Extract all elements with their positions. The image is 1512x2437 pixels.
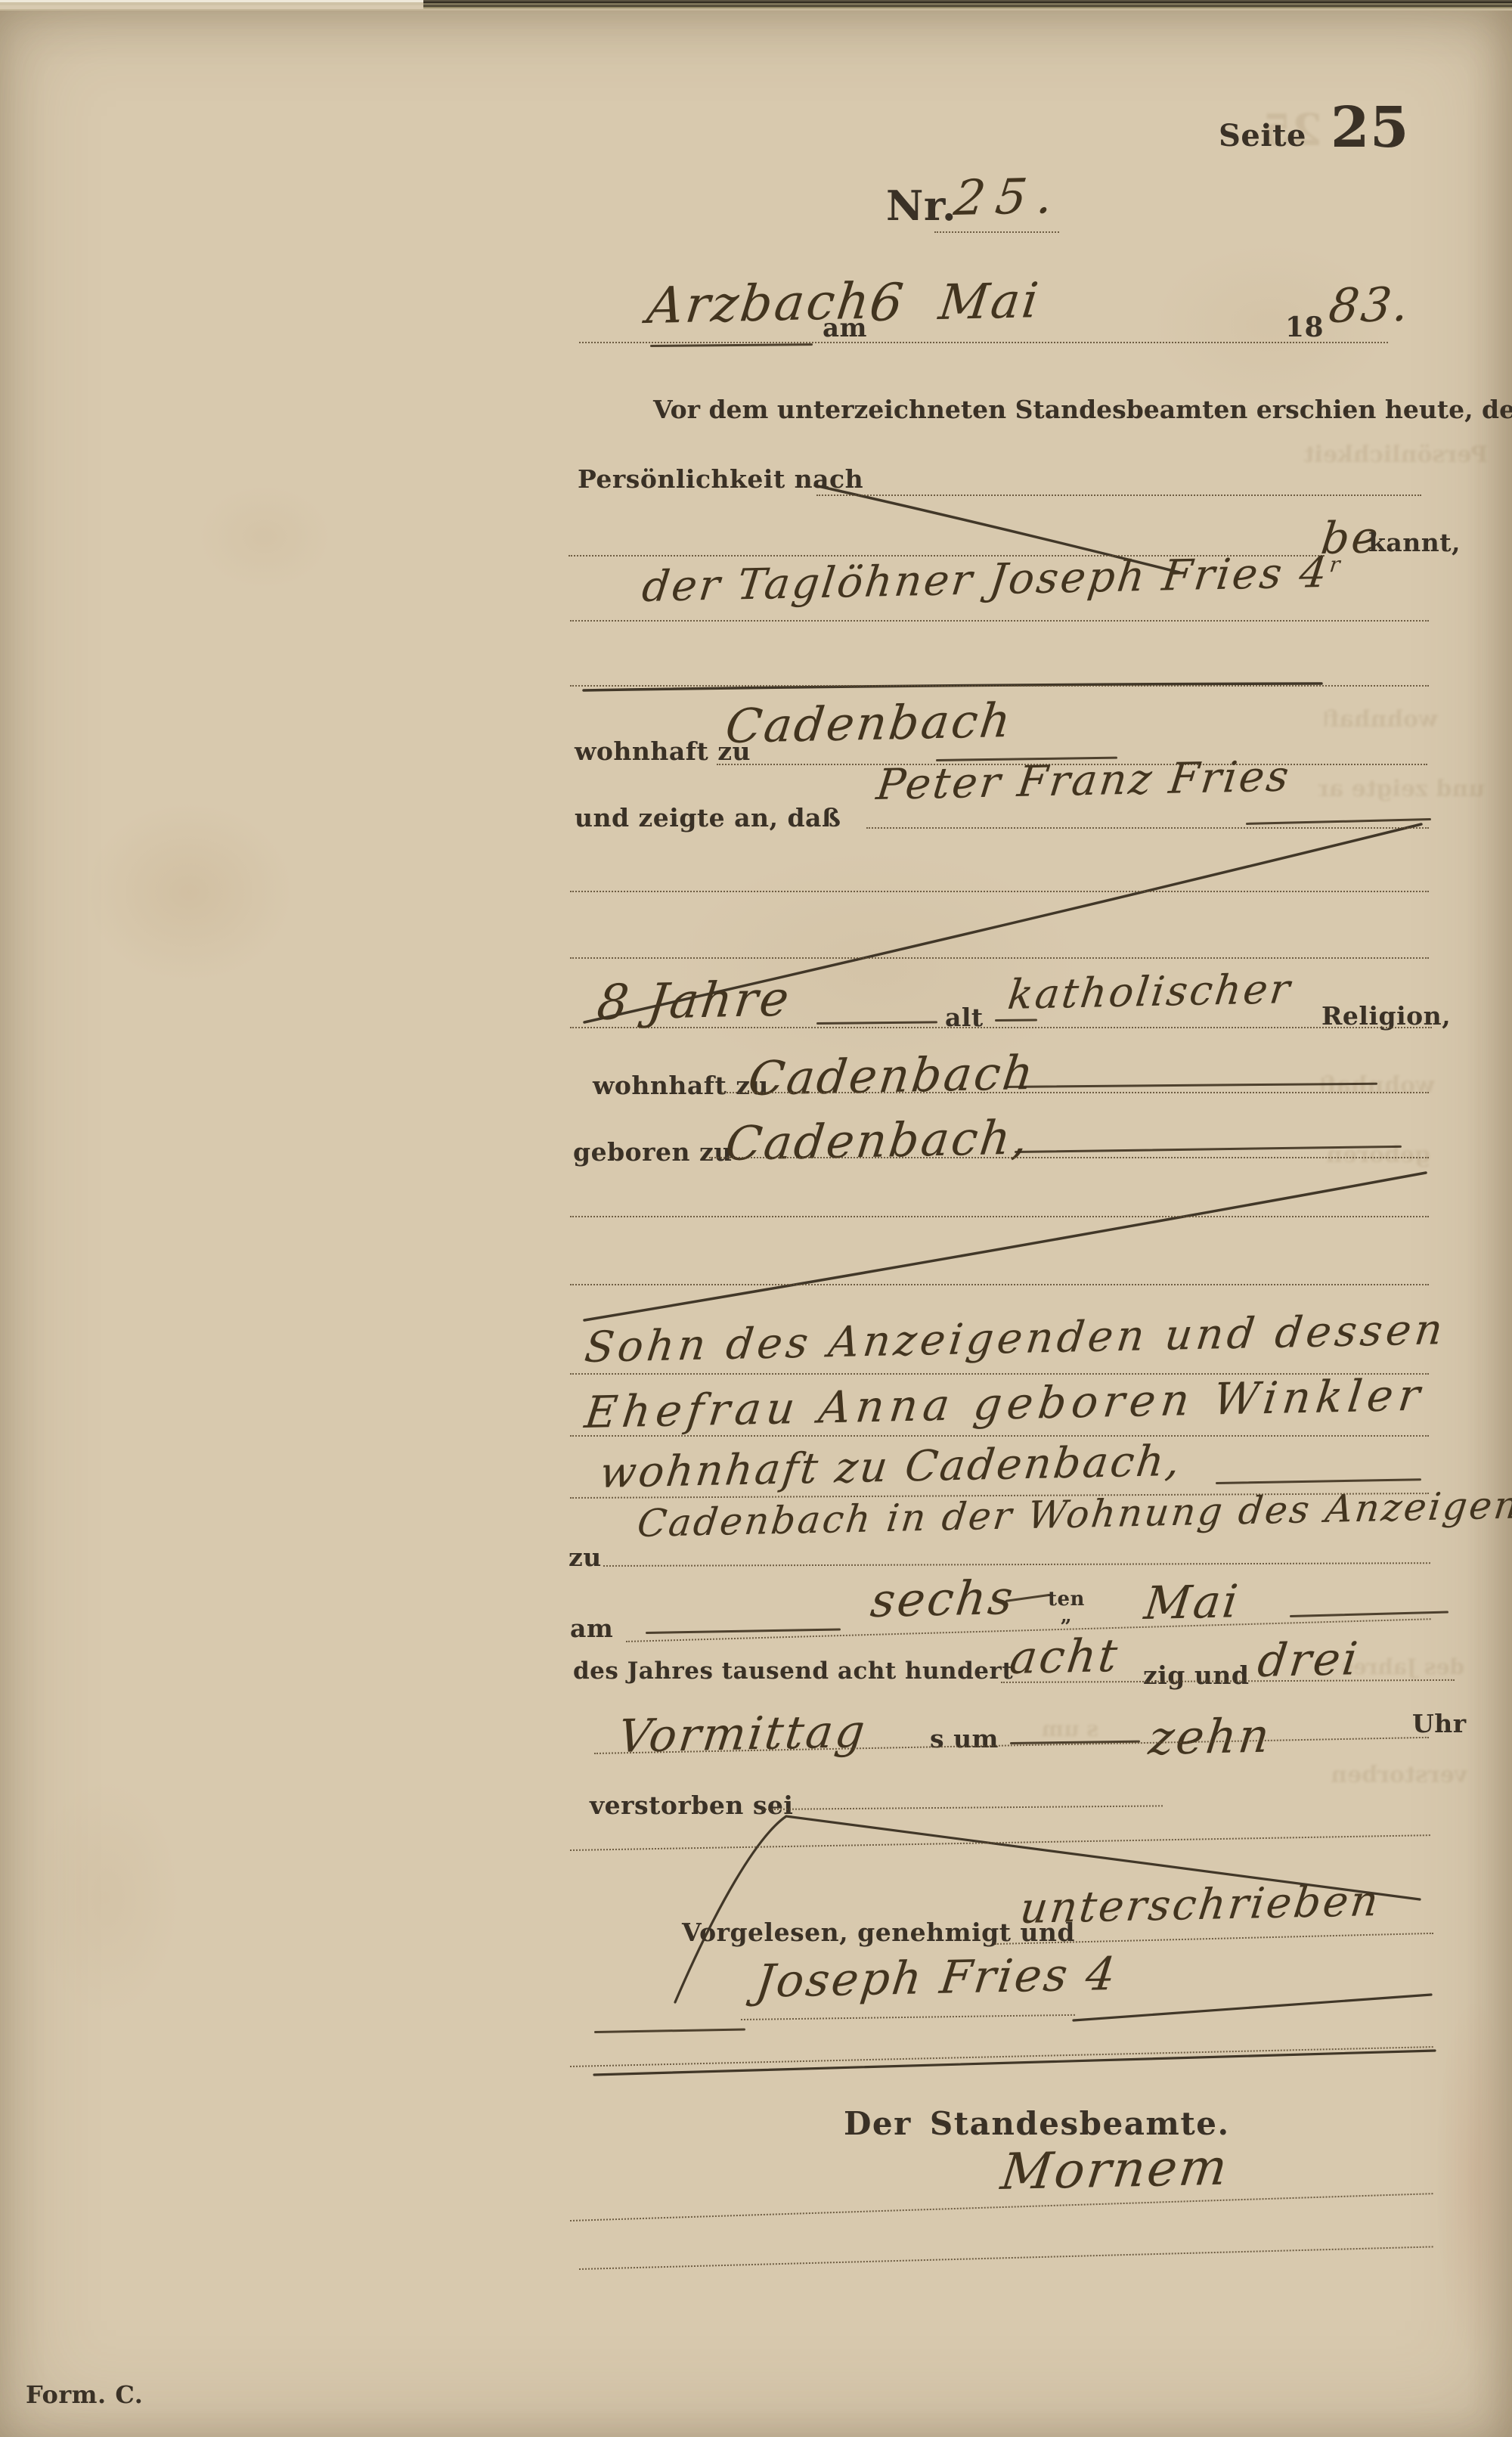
- daytime-handwritten: Vormittag: [615, 1705, 869, 1763]
- form-type-label: Form. C.: [26, 2380, 143, 2409]
- seite-label: Seite: [1219, 118, 1306, 153]
- deceased-name-handwritten: Peter Franz Fries: [874, 752, 1294, 810]
- residence-handwritten: Cadenbach: [723, 693, 1016, 754]
- am-label: am: [570, 1614, 613, 1643]
- signature-line: [1074, 1995, 1431, 2020]
- form-dotted-line: [570, 1027, 1432, 1028]
- intro-line-2: Persönlichkeit nach: [578, 464, 863, 494]
- page-number: 25: [1331, 95, 1409, 160]
- form-dotted-line: [816, 495, 1421, 496]
- form-dotted-line: [570, 1435, 1429, 1437]
- dateline-am-label: am: [823, 313, 867, 343]
- residence2-label: wohnhaft zu: [593, 1071, 769, 1100]
- form-dotted-line: [570, 891, 1429, 892]
- born-label: geboren zu: [573, 1137, 733, 1167]
- ink-strokes: [0, 0, 1512, 2437]
- dateline-day-handwritten: 6: [866, 273, 909, 333]
- approved-handwritten: unterschrieben: [1018, 1877, 1383, 1933]
- record-number-handwritten: 25.: [951, 169, 1067, 227]
- form-dotted-line: [570, 620, 1429, 622]
- died-label: verstorben sei: [590, 1791, 793, 1820]
- age-handwritten: 8 Jahre: [594, 971, 794, 1031]
- dateline-century-label: 18: [1285, 312, 1324, 343]
- residence2-handwritten: Cadenbach: [745, 1045, 1039, 1106]
- registrar-title-label: Der Standesbeamte.: [844, 2105, 1230, 2142]
- form-dotted-line: [570, 1284, 1429, 1285]
- declarant-signature-handwritten: Joseph Fries 4: [753, 1948, 1120, 2008]
- death-day-handwritten: sechs: [868, 1570, 1018, 1628]
- form-dotted-line: [934, 231, 1059, 233]
- bekannt-label: kannt,: [1368, 528, 1461, 557]
- uhr-label: Uhr: [1412, 1709, 1467, 1738]
- death-record-page: 25 Persönlichkeit nach wohnhaft zu und z…: [0, 0, 1512, 2437]
- form-dotted-line: [570, 685, 1429, 687]
- report-label: und zeigte an, daß: [575, 803, 841, 832]
- dateline-year-handwritten: 83.: [1326, 277, 1414, 333]
- intro-line-1: Vor dem unterzeichneten Standesbeamten e…: [653, 395, 1420, 424]
- zu-label: zu: [569, 1543, 602, 1572]
- year-tens-handwritten: acht: [1007, 1629, 1122, 1685]
- form-dotted-line: [866, 827, 1429, 829]
- form-dotted-line: [570, 1216, 1429, 1217]
- year-label: des Jahres tausend acht hundert: [573, 1657, 1013, 1685]
- crossout-stroke: [584, 1173, 1426, 1320]
- zig-und-label: zig und: [1143, 1660, 1249, 1690]
- registrar-signature-handwritten: Mornem: [998, 2138, 1232, 2201]
- birthplace-handwritten: Cadenbach,: [723, 1109, 1033, 1171]
- hour-handwritten: zehn: [1146, 1707, 1275, 1766]
- form-dotted-line: [709, 1157, 1429, 1158]
- form-dotted-line: [570, 957, 1429, 959]
- handwritten-fill-line: [995, 1019, 1037, 1022]
- ten-suffix-label: ten „: [1048, 1591, 1085, 1624]
- form-dotted-line: [721, 1092, 1429, 1093]
- s-um-label: s um: [930, 1724, 999, 1753]
- dateline-month-handwritten: Mai: [936, 273, 1043, 331]
- religion-handwritten: katholischer: [1005, 965, 1294, 1019]
- death-month-handwritten: Mai: [1142, 1575, 1243, 1630]
- form-dotted-line: [579, 342, 1388, 343]
- record-number-label: Nr.: [886, 181, 956, 230]
